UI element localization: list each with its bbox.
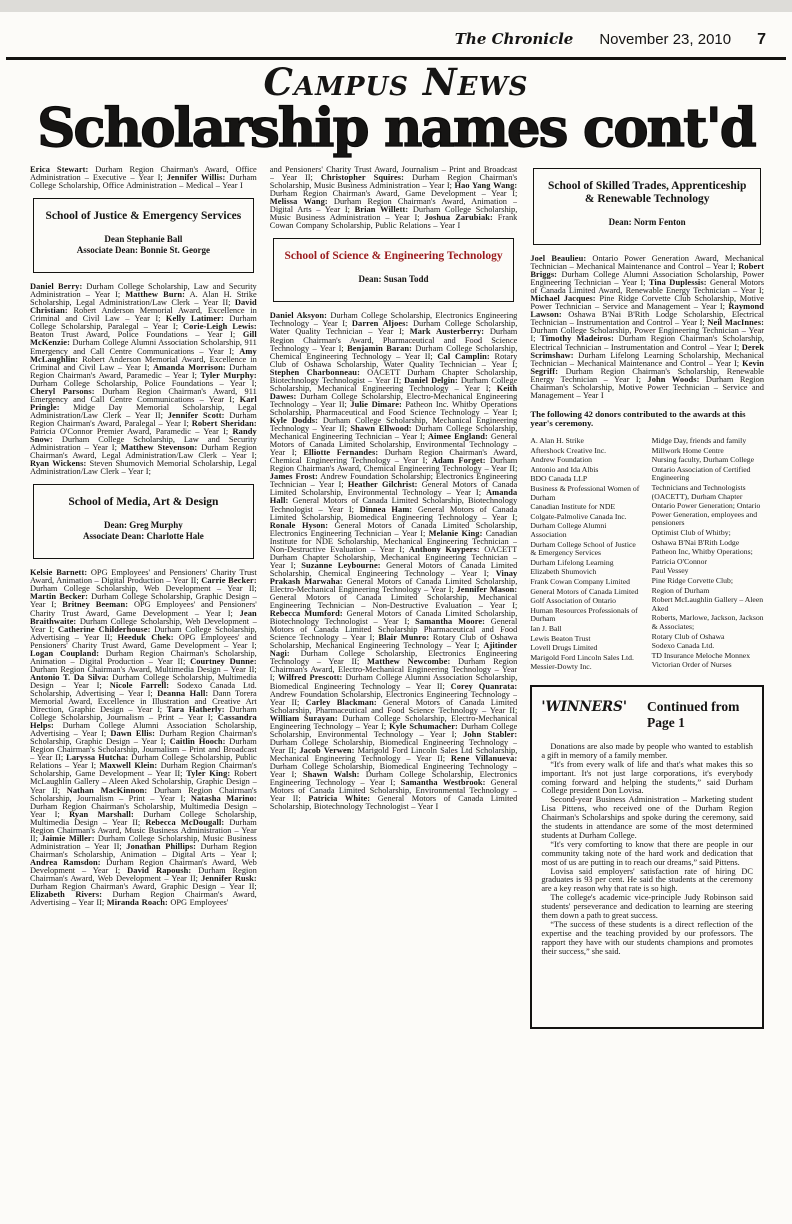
donor-item: TD Insurance Meloche Monnex	[652, 652, 764, 661]
donor-list: A. Alan H. StrikeAftershock Creative Inc…	[530, 437, 764, 673]
donor-item: Ian J. Ball	[530, 625, 642, 634]
donor-item: Canadian Institute for NDE	[530, 503, 642, 512]
donor-item: Region of Durham	[652, 587, 764, 596]
winners-body: Donations are also made by people who wa…	[541, 743, 753, 957]
donor-item: Golf Association of Ontario	[530, 597, 642, 606]
winners-title: 'WINNERS' Continued from Page 1	[541, 699, 753, 731]
donor-item: Paul Vessey	[652, 567, 764, 576]
donor-item: Durham College School of Justice & Emerg…	[530, 541, 642, 558]
scan-edge	[0, 0, 792, 12]
paper-name: The Chronicle	[455, 30, 574, 48]
media-awards-continued-paragraph: and Pensioners' Charity Trust Award, Jou…	[270, 166, 518, 230]
donors-heading: The following 42 donors contributed to t…	[530, 410, 764, 429]
science-school-box: School of Science & Engineering Technolo…	[273, 238, 515, 302]
justice-awards-paragraph: Daniel Berry: Durham College Scholarship…	[30, 283, 257, 476]
winners-paragraph: “The success of these students is a dire…	[541, 921, 753, 957]
donor-item: Messier-Dowty Inc.	[530, 663, 642, 672]
donor-item: Victorian Order of Nurses	[652, 661, 764, 670]
donor-item: Antonio and Ida Albis	[530, 466, 642, 475]
column-3: School of Skilled Trades, Apprenticeship…	[530, 166, 764, 1212]
donor-item: Patricia O'Connor	[652, 558, 764, 567]
donor-list-left: A. Alan H. StrikeAftershock Creative Inc…	[530, 437, 642, 673]
winners-continued-label: Continued from Page 1	[647, 699, 753, 731]
justice-school-box: School of Justice & Emergency Services D…	[33, 198, 254, 273]
donor-item: Elizabeth Shumovich	[530, 568, 642, 577]
donor-item: Marigold Ford Lincoln Sales Ltd.	[530, 654, 642, 663]
body-columns: Erica Stewart: Durham Region Chairman's …	[30, 166, 764, 1212]
winners-paragraph: Donations are also made by people who wa…	[541, 743, 753, 761]
donor-item: Durham College Alumni Association	[530, 522, 642, 539]
winners-paragraph: “It's from every walk of life and that's…	[541, 761, 753, 797]
donor-item: Aftershock Creative Inc.	[530, 447, 642, 456]
donor-item: Ontario Association of Certified Enginee…	[652, 466, 764, 483]
donor-list-right: Midge Day, friends and familyMillwork Ho…	[652, 437, 764, 673]
donor-item: Sodexo Canada Ltd.	[652, 642, 764, 651]
media-school-title: School of Media, Art & Design	[42, 496, 245, 509]
trades-school-box: School of Skilled Trades, Apprenticeship…	[533, 168, 761, 245]
winners-paragraph: The college's academic vice-principle Ju…	[541, 894, 753, 921]
newspaper-page: { "masthead": { "paper": "The Chronicle"…	[0, 0, 792, 1224]
media-awards-paragraph: Kelsie Barnett: OPG Employees' and Pensi…	[30, 569, 257, 907]
donor-item: Roberts, Marlowe, Jackson, Jackson & Ass…	[652, 614, 764, 631]
donor-item: BDO Canada LLP	[530, 475, 642, 484]
page-headline: Scholarship names cont'd	[0, 97, 792, 159]
donor-item: A. Alan H. Strike	[530, 437, 642, 446]
winners-continuation-box: 'WINNERS' Continued from Page 1 Donation…	[530, 685, 764, 1029]
column-1: Erica Stewart: Durham Region Chairman's …	[30, 166, 257, 1212]
winners-paragraph: Second-year Business Administration – Ma…	[541, 796, 753, 841]
donor-item: Lewis Beaton Trust	[530, 635, 642, 644]
donor-item: Optimist Club of Whitby;	[652, 529, 764, 538]
donor-item: Lovell Drugs Limited	[530, 644, 642, 653]
intro-paragraph: Erica Stewart: Durham Region Chairman's …	[30, 166, 257, 190]
trades-awards-paragraph: Joel Beaulieu: Ontario Power Generation …	[530, 255, 764, 400]
science-awards-paragraph: Daniel Aksyon: Durham College Scholarshi…	[270, 312, 518, 811]
donor-item: Midge Day, friends and family	[652, 437, 764, 446]
donor-item: Frank Cowan Company Limited	[530, 578, 642, 587]
donor-item: Technicians and Technologists (OACETT), …	[652, 484, 764, 501]
justice-associate-dean: Associate Dean: Bonnie St. George	[42, 245, 245, 256]
donor-item: Oshawa B'Nai B'Rith Lodge	[652, 539, 764, 548]
donor-item: Business & Professional Women of Durham	[530, 485, 642, 502]
trades-dean: Dean: Norm Fenton	[542, 217, 752, 228]
donor-item: Patheon Inc, Whitby Operations;	[652, 548, 764, 557]
donor-item: Andrew Foundation	[530, 456, 642, 465]
donor-item: Ontario Power Generation; Ontario Power …	[652, 502, 764, 528]
winners-tag: 'WINNERS'	[541, 699, 627, 715]
justice-dean: Dean Stephanie Ball	[42, 234, 245, 245]
page-number: 7	[757, 31, 766, 49]
column-2: and Pensioners' Charity Trust Award, Jou…	[270, 166, 518, 1212]
donor-item: Rotary Club of Oshawa	[652, 633, 764, 642]
donor-item: Pine Ridge Corvette Club;	[652, 577, 764, 586]
trades-school-title: School of Skilled Trades, Apprenticeship…	[542, 180, 752, 206]
media-associate-dean: Associate Dean: Charlotte Hale	[42, 531, 245, 542]
donor-item: Colgate-Palmolive Canada Inc.	[530, 513, 642, 522]
winners-paragraph: “It's very comforting to know that there…	[541, 841, 753, 868]
science-dean: Dean: Susan Todd	[282, 274, 506, 285]
donor-item: Robert McLaughlin Gallery – Aleen Aked	[652, 596, 764, 613]
donor-item: Millwork Home Centre	[652, 447, 764, 456]
issue-date: November 23, 2010	[599, 31, 731, 48]
media-dean: Dean: Greg Murphy	[42, 520, 245, 531]
winners-paragraph: Lovisa said employers' satisfaction rate…	[541, 868, 753, 895]
donor-item: Human Resources Professionals of Durham	[530, 607, 642, 624]
donor-item: Nursing faculty, Durham College	[652, 456, 764, 465]
justice-school-title: School of Justice & Emergency Services	[42, 210, 245, 223]
donor-item: General Motors of Canada Limited	[530, 588, 642, 597]
media-school-box: School of Media, Art & Design Dean: Greg…	[33, 484, 254, 559]
donor-item: Durham Lifelong Learning	[530, 559, 642, 568]
masthead: The Chronicle November 23, 2010 7	[455, 30, 766, 49]
science-school-title: School of Science & Engineering Technolo…	[282, 250, 506, 263]
